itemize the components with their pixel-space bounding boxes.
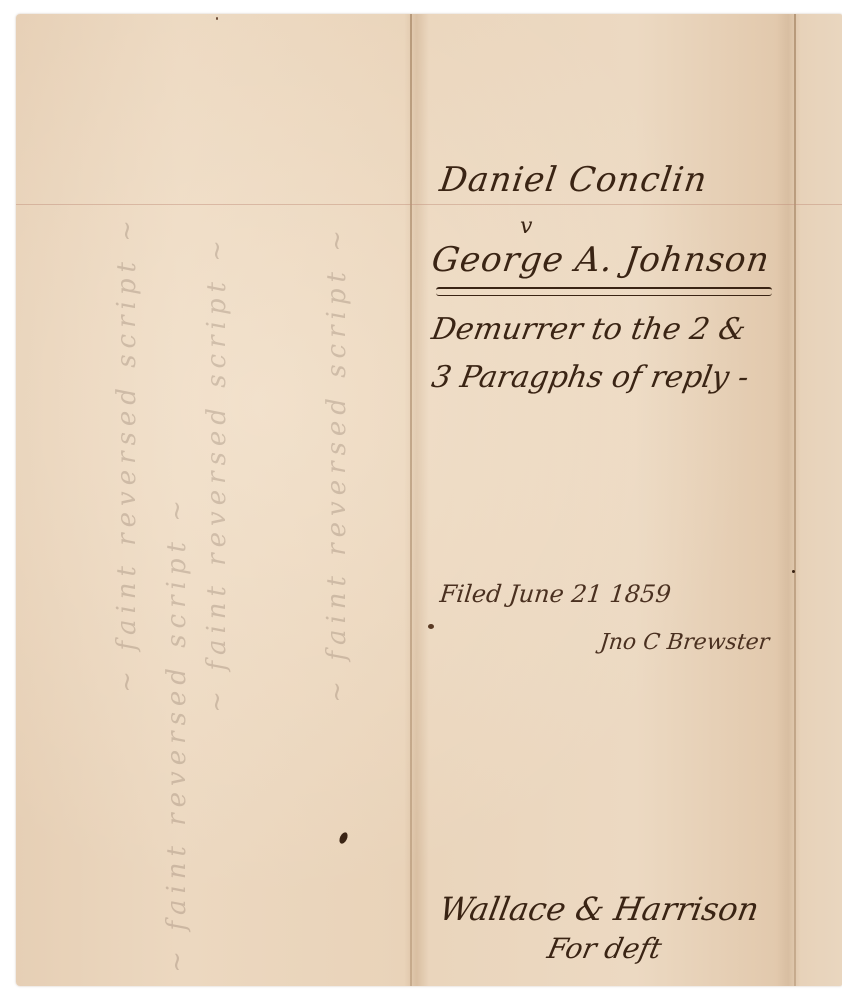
bleed-through-text: ~ faint reversed script ~: [202, 234, 232, 713]
ruled-line: [16, 204, 842, 205]
bleed-through-text: ~ faint reversed script ~: [322, 224, 352, 703]
paper-sheet: ~ faint reversed script ~ ~ faint revers…: [16, 14, 842, 986]
attorney-role: For deft: [544, 932, 664, 965]
ink-dot: [792, 570, 795, 573]
scanned-document: ~ faint reversed script ~ ~ faint revers…: [0, 0, 842, 1000]
ink-dot: [428, 624, 434, 629]
defendant-name: George A. Johnson: [429, 240, 772, 280]
bleed-through-text: ~ faint reversed script ~: [162, 494, 192, 973]
fold-crease-right: [794, 14, 796, 986]
ink-dot: [216, 17, 218, 20]
right-fold-panel: [796, 14, 842, 986]
plaintiff-name: Daniel Conclin: [437, 160, 710, 200]
bleed-through-text: ~ faint reversed script ~: [112, 214, 142, 693]
attorney-signature: Wallace & Harrison: [437, 890, 762, 928]
pleading-title-line-2: 3 Paragphs of reply -: [429, 360, 752, 395]
filing-date: Filed June 21 1859: [439, 580, 673, 608]
fold-crease-left: [410, 14, 412, 986]
clerk-signature: Jno C Brewster: [599, 630, 771, 655]
caption-underline: [436, 287, 772, 296]
versus-marker: v: [520, 214, 532, 239]
pleading-title-line-1: Demurrer to the 2 &: [429, 312, 749, 347]
